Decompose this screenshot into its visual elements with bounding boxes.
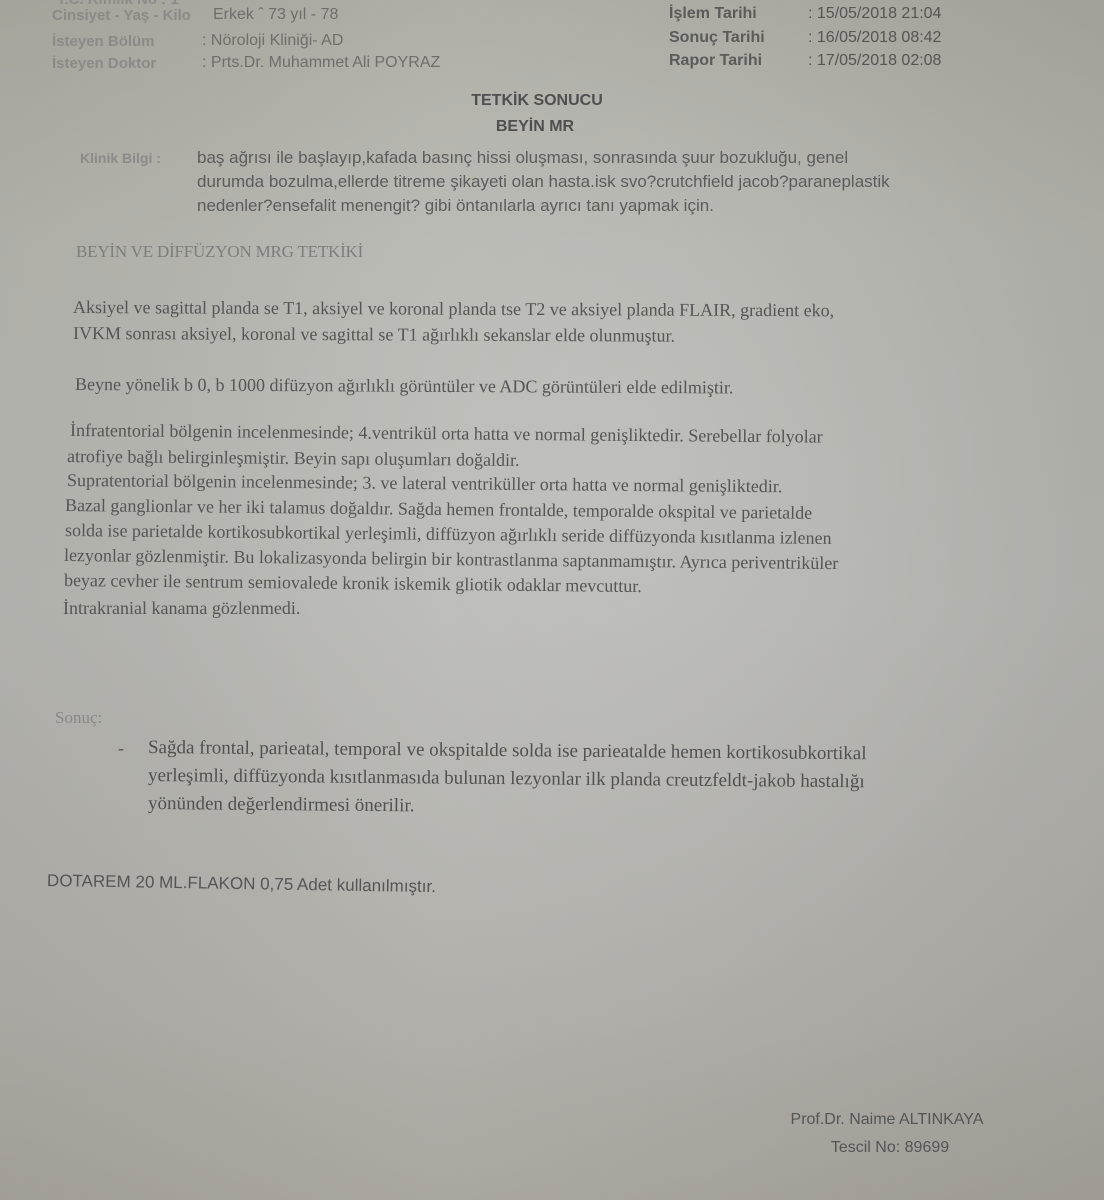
contrast-agent-note: DOTAREM 20 ML.FLAKON 0,75 Adet kullanılm… — [47, 871, 436, 897]
signature-registration-number: Tescil No: 89699 — [770, 1136, 1010, 1160]
findings-line-6: lezyonlar gözlenmiştir. Bu lokalizasyond… — [64, 545, 839, 574]
findings-line-4: Bazal ganglionlar ve her iki talamus doğ… — [65, 495, 812, 523]
header-value-procedure-date: : 15/05/2018 21:04 — [808, 5, 941, 23]
clinical-info-line-3: nedenler?ensefalit menengit? gibi öntanı… — [197, 194, 714, 218]
header-label-gender-age-weight: Cinsiyet - Yaş - Kilo — [52, 7, 191, 24]
findings-line-3: Supratentorial bölgenin incelenmesinde; … — [67, 470, 782, 497]
header-label-report-date: Rapor Tarihi — [669, 52, 762, 70]
signature-name: Prof.Dr. Naime ALTINKAYA — [767, 1108, 1007, 1132]
report-subtitle: BEYİN MR — [435, 118, 635, 136]
conclusion-bullet: - — [118, 738, 124, 759]
header-value-requesting-doctor: : Prts.Dr. Muhammet Ali POYRAZ — [202, 54, 440, 72]
clinical-info-label: Klinik Bilgi : — [80, 150, 161, 166]
findings-line-1: İnfratentorial bölgenin incelenmesinde; … — [70, 420, 823, 447]
findings-line-7: beyaz cevher ile sentrum semiovalede kro… — [64, 570, 642, 597]
header-value-result-date: : 16/05/2018 08:42 — [808, 29, 941, 47]
header-label-result-date: Sonuç Tarihi — [669, 29, 765, 47]
header-label-requesting-doctor: İsteyen Doktor — [52, 55, 156, 72]
conclusion-label: Sonuç: — [55, 708, 102, 728]
diffusion-line: Beyne yönelik b 0, b 1000 difüzyon ağırl… — [75, 371, 734, 400]
header-value-gender-age-weight: Erkek ˆ 73 yıl - 78 — [213, 6, 338, 24]
report-paper: T.C. Kimlik No : 1·········· Cinsiyet - … — [0, 0, 1104, 1200]
section-heading: BEYİN VE DİFFÜZYON MRG TETKİKİ — [76, 242, 363, 262]
header-value-report-date: : 17/05/2018 02:08 — [808, 52, 941, 70]
findings-line-5: solda ise parietalde kortikosubkortikal … — [65, 520, 832, 549]
report-title: TETKİK SONUCU — [437, 92, 637, 110]
findings-line-8: İntrakranial kanama gözlenmedi. — [63, 598, 300, 619]
header-label-requesting-department: İsteyen Bölüm — [52, 33, 155, 50]
header-value-requesting-department: : Nöroloji Kliniği- AD — [202, 32, 343, 50]
technique-line-1: Aksiyel ve sagittal planda se T1, aksiye… — [73, 294, 834, 323]
conclusion-line-3: yönünden değerlendirmesi önerilir. — [148, 790, 415, 819]
clinical-info-line-2: durumda bozulma,ellerde titreme şikayeti… — [197, 170, 890, 194]
clinical-info-line-1: baş ağrısı ile başlayıp,kafada basınç hi… — [197, 146, 848, 170]
findings-line-2: atrofiye bağlı belirginleşmiştir. Beyin … — [67, 446, 520, 470]
header-label-procedure-date: İşlem Tarihi — [669, 5, 757, 23]
technique-line-2: IVKM sonrası aksiyel, koronal ve sagitta… — [73, 320, 675, 349]
